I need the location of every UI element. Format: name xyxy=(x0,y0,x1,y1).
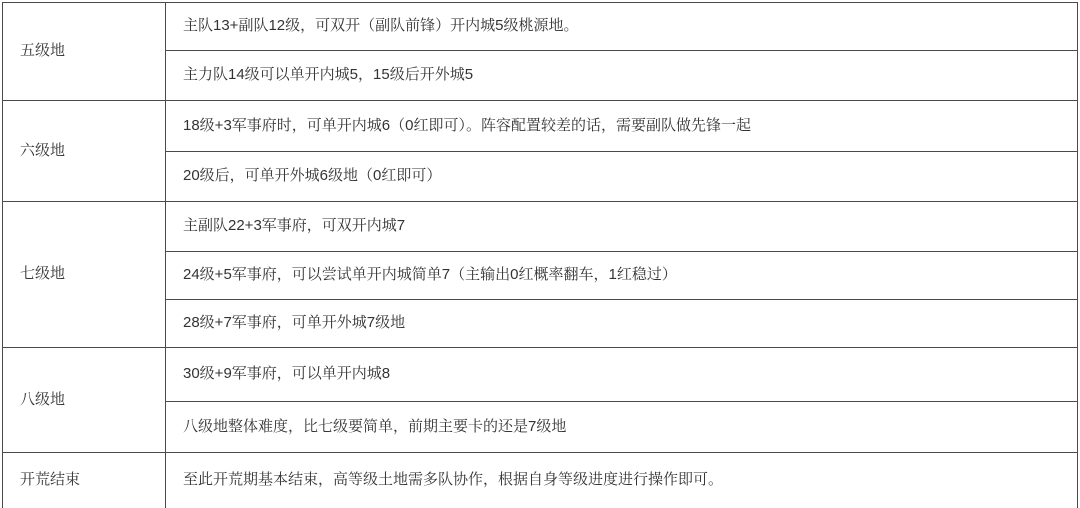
detail-cell: 主力队14级可以单开内城5，15级后开外城5 xyxy=(166,51,1078,101)
section-label-level7: 七级地 xyxy=(3,202,166,348)
table-row: 开荒结束 至此开荒期基本结束，高等级土地需多队协作，根据自身等级进度进行操作即可… xyxy=(3,453,1078,508)
detail-cell: 28级+7军事府，可单开外城7级地 xyxy=(166,300,1078,348)
detail-cell: 30级+9军事府，可以单开内城8 xyxy=(166,348,1078,402)
detail-cell: 主队13+副队12级，可双开（副队前锋）开内城5级桃源地。 xyxy=(166,3,1078,51)
detail-cell: 主副队22+3军事府，可双开内城7 xyxy=(166,202,1078,252)
table-row: 五级地 主队13+副队12级，可双开（副队前锋）开内城5级桃源地。 xyxy=(3,3,1078,51)
table-row: 六级地 18级+3军事府时，可单开内城6（0红即可）。阵容配置较差的话，需要副队… xyxy=(3,101,1078,152)
section-label-level6: 六级地 xyxy=(3,101,166,202)
detail-cell: 八级地整体难度，比七级要简单，前期主要卡的还是7级地 xyxy=(166,402,1078,453)
detail-cell: 至此开荒期基本结束，高等级土地需多队协作，根据自身等级进度进行操作即可。 xyxy=(166,453,1078,508)
detail-cell: 24级+5军事府，可以尝试单开内城简单7（主输出0红概率翻车，1红稳过） xyxy=(166,252,1078,300)
section-label-end: 开荒结束 xyxy=(3,453,166,508)
section-label-level5: 五级地 xyxy=(3,3,166,101)
table-row: 八级地 30级+9军事府，可以单开内城8 xyxy=(3,348,1078,402)
land-level-guide-table: 五级地 主队13+副队12级，可双开（副队前锋）开内城5级桃源地。 主力队14级… xyxy=(2,2,1078,508)
detail-cell: 18级+3军事府时，可单开内城6（0红即可）。阵容配置较差的话，需要副队做先锋一… xyxy=(166,101,1078,152)
detail-cell: 20级后，可单开外城6级地（0红即可） xyxy=(166,152,1078,202)
section-label-level8: 八级地 xyxy=(3,348,166,453)
table-row: 七级地 主副队22+3军事府，可双开内城7 xyxy=(3,202,1078,252)
